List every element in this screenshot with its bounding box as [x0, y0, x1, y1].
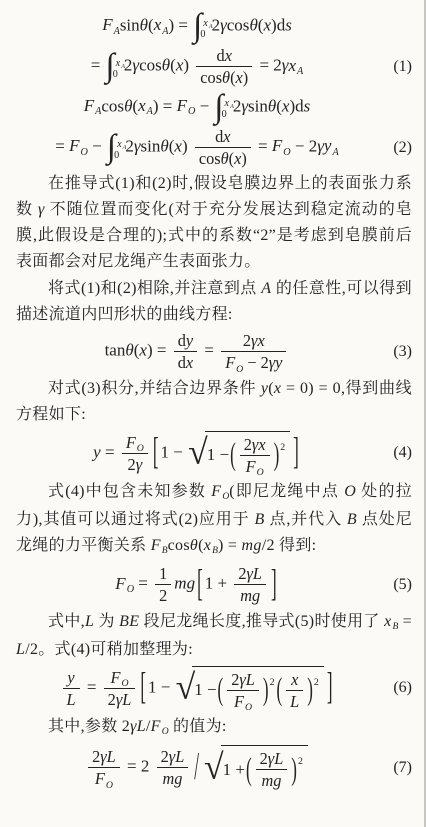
integral: ∫xA0: [106, 50, 122, 83]
equation-5-math: FO = 12mg[1 + 2γLmg]: [16, 564, 378, 605]
subscript: B: [212, 545, 218, 556]
fraction-numerator: 2γx: [221, 331, 286, 351]
big-delimiter: ]: [327, 665, 333, 710]
fraction-denominator: FO: [240, 455, 270, 476]
fraction-denominator: FO − 2γy: [221, 351, 286, 372]
equation-7-number: (7): [378, 759, 412, 777]
fraction-numerator: 2γL: [256, 749, 288, 769]
fraction: 2γLmg: [234, 564, 266, 605]
integral: ∫xA0: [107, 131, 123, 164]
subscript: B: [392, 621, 398, 632]
fraction-denominator: 2γ: [122, 453, 148, 474]
paper-page: FAsinθ(xA) = ∫xA02γcosθ(x)ds = ∫xA02γcos…: [0, 0, 426, 827]
big-delimiter: ): [291, 751, 297, 788]
fraction: FO2γL: [104, 668, 136, 709]
lower-limit: 0: [220, 109, 229, 120]
equation-7-math: 2γLFO = 2 2γLmg/√1 + (2γLmg)2: [16, 745, 378, 790]
radical-sign: √: [176, 672, 196, 702]
big-delimiter: (: [230, 437, 236, 474]
subscript: O: [257, 467, 264, 478]
equation-1-math-line-2: = ∫xA02γcosθ(x) dxcosθ(x) = 2γxA: [16, 46, 378, 87]
big-delimiter: ): [307, 672, 313, 709]
square-root: √1 − (2γxFO)2: [188, 431, 290, 476]
subscript: O: [137, 443, 144, 454]
equation-4-number: (4): [378, 444, 412, 462]
superscript: 2: [314, 677, 319, 688]
superscript: 2: [270, 677, 275, 688]
lower-limit: 0: [111, 69, 120, 80]
radical-sign: √: [204, 751, 224, 781]
fraction: 12: [155, 564, 171, 605]
paragraph-rope-length-note: 式中,L 为 BE 段尼龙绳长度,推导式(5)时使用了 xB = L/2。式(4…: [16, 609, 412, 663]
fraction-numerator: FO: [104, 668, 136, 688]
paragraph-parameter-value-intro: 其中,参数 2γL/FO 的值为:: [16, 714, 412, 742]
integral-limits: xA0: [222, 98, 231, 120]
superscript: 2: [298, 756, 303, 767]
fraction-denominator: FO: [88, 767, 120, 788]
fraction-numerator: 2γL: [234, 564, 266, 584]
upper-limit: xA: [116, 58, 125, 69]
fraction-denominator: cosθ(x): [195, 147, 251, 168]
big-delimiter: ): [263, 672, 269, 709]
equation-4-math: y = FO2γ[1 − √1 − (2γxFO)2]: [16, 431, 378, 476]
big-delimiter: (: [246, 751, 252, 788]
fraction-denominator: L: [63, 688, 80, 709]
subscript: O: [222, 491, 229, 502]
subscript: A: [123, 145, 127, 151]
integral: ∫xA0: [214, 91, 230, 124]
equation-6-math: yL = FO2γL[1 − √1 − (2γLFO)2(xL)2]: [16, 666, 378, 711]
paragraph-unknown-parameter-fo: 式(4)中包含未知参数 FO(即尼龙绳中点 O 处的拉力),其值可以通过将式(2…: [16, 479, 412, 561]
fraction: yL: [63, 668, 80, 709]
big-delimiter: ]: [271, 561, 277, 606]
fraction-numerator: FO: [122, 433, 148, 453]
subscript: O: [236, 364, 243, 375]
subscript: B: [162, 545, 168, 556]
fraction-denominator: L: [286, 690, 303, 711]
equation-5-number: (5): [378, 576, 412, 594]
subscript: A: [332, 147, 338, 158]
big-delimiter: [: [153, 430, 159, 475]
equation-4: y = FO2γ[1 − √1 − (2γxFO)2] (4): [16, 431, 412, 476]
equation-6: yL = FO2γL[1 − √1 − (2γLFO)2(xL)2] (6): [16, 666, 412, 711]
fraction-denominator: cosθ(x): [196, 66, 252, 87]
fraction-denominator: 2γL: [104, 688, 136, 709]
fraction: 2γLmg: [256, 749, 288, 790]
subscript: O: [81, 147, 88, 158]
subscript: O: [283, 147, 290, 158]
fraction-denominator: mg: [234, 584, 266, 605]
fraction: 2γxFO − 2γy: [221, 331, 286, 372]
fraction-numerator: dy: [174, 331, 197, 351]
fraction: 2γxFO: [240, 435, 270, 476]
upper-limit: xA: [203, 18, 212, 29]
equation-1-line-2: = ∫xA02γcosθ(x) dxcosθ(x) = 2γxA (1): [16, 46, 412, 87]
radical-sign: √: [188, 437, 208, 467]
upper-limit: xA: [117, 139, 126, 150]
subscript: A: [147, 106, 153, 117]
fraction-numerator: dx: [195, 127, 251, 147]
big-delimiter: (: [218, 672, 224, 709]
subscript: A: [209, 24, 213, 30]
radicand: 1 − (2γxFO)2: [205, 431, 290, 476]
big-slash: /: [194, 744, 199, 790]
paragraph-divide-eq1-eq2: 将式(1)和(2)相除,并注意到点 A 的任意性,可以得到描述流道内凹形状的曲线…: [16, 276, 412, 328]
fraction: dydx: [174, 331, 197, 372]
paragraph-surface-tension-assumption: 在推导式(1)和(2)时,假设皂膜边界上的表面张力系数 γ 不随位置而变化(对于…: [16, 171, 412, 275]
equation-1-line-1: FAsinθ(xA) = ∫xA02γcosθ(x)ds: [16, 10, 412, 43]
subscript: A: [162, 26, 168, 37]
integral-limits: xA0: [113, 58, 122, 80]
subscript: O: [127, 584, 134, 595]
big-delimiter: [: [140, 665, 146, 710]
fraction-numerator: 2γL: [157, 747, 189, 767]
big-delimiter: [: [197, 561, 203, 606]
equation-3-math: tanθ(x) = dydx = 2γxFO − 2γy: [16, 331, 378, 372]
fraction-denominator: FO: [227, 690, 259, 711]
equation-3: tanθ(x) = dydx = 2γxFO − 2γy (3): [16, 331, 412, 372]
fraction: FO2γ: [122, 433, 148, 474]
fraction: dxcosθ(x): [195, 127, 251, 168]
equation-6-number: (6): [378, 679, 412, 697]
fraction-numerator: 2γL: [88, 747, 120, 767]
equation-2-math-line-2: = FO − ∫xA02γsinθ(x) dxcosθ(x) = FO − 2γ…: [16, 127, 378, 168]
square-root: √1 + (2γLmg)2: [204, 745, 308, 790]
subscript: A: [297, 66, 303, 77]
subscript: A: [230, 104, 234, 110]
subscript: A: [121, 64, 125, 70]
superscript: 2: [280, 442, 285, 453]
equation-3-number: (3): [378, 343, 412, 361]
subscript: O: [106, 780, 113, 791]
fraction-denominator: mg: [256, 769, 288, 790]
fraction-denominator: dx: [174, 351, 197, 372]
equation-2-math-line-1: FAcosθ(xA) = FO − ∫xA02γsinθ(x)ds: [16, 91, 378, 124]
equation-7: 2γLFO = 2 2γLmg/√1 + (2γLmg)2 (7): [16, 745, 412, 790]
equation-2-number: (2): [378, 139, 412, 157]
integral-limits: xA0: [200, 18, 209, 40]
equation-1-math-line-1: FAsinθ(xA) = ∫xA02γcosθ(x)ds: [16, 10, 378, 43]
fraction: xL: [286, 670, 303, 711]
big-delimiter: ]: [293, 430, 299, 475]
integral: ∫xA0: [193, 10, 209, 43]
fraction-numerator: 2γx: [240, 435, 270, 455]
fraction-denominator: 2: [155, 584, 171, 605]
fraction-numerator: dx: [196, 46, 252, 66]
subscript: A: [95, 106, 101, 117]
subscript: O: [188, 106, 195, 117]
paragraph-integrate-eq3: 对式(3)积分,并结合边界条件 y(x = 0) = 0,得到曲线方程如下:: [16, 376, 412, 428]
fraction-numerator: y: [63, 668, 80, 688]
fraction-numerator: 2γL: [227, 670, 259, 690]
square-root: √1 − (2γLFO)2(xL)2: [176, 666, 324, 711]
fraction: 2γLFO: [88, 747, 120, 788]
fraction: 2γLFO: [227, 670, 259, 711]
equation-2-line-2: = FO − ∫xA02γsinθ(x) dxcosθ(x) = FO − 2γ…: [16, 127, 412, 168]
radicand: 1 − (2γLFO)2(xL)2: [192, 666, 324, 711]
lower-limit: 0: [198, 29, 207, 40]
subscript: O: [162, 726, 169, 737]
integral-limits: xA0: [114, 139, 123, 161]
subscript: O: [245, 702, 252, 713]
equation-2-line-1: FAcosθ(xA) = FO − ∫xA02γsinθ(x)ds: [16, 91, 412, 124]
lower-limit: 0: [112, 150, 121, 161]
upper-limit: xA: [225, 98, 234, 109]
fraction-denominator: mg: [157, 767, 189, 788]
fraction-numerator: x: [286, 670, 303, 690]
subscript: O: [121, 678, 128, 689]
big-delimiter: ): [274, 437, 280, 474]
radicand: 1 + (2γLmg)2: [221, 745, 308, 790]
equation-5: FO = 12mg[1 + 2γLmg] (5): [16, 564, 412, 605]
fraction: 2γLmg: [157, 747, 189, 788]
big-delimiter: (: [276, 672, 282, 709]
fraction-numerator: 1: [155, 564, 171, 584]
fraction: dxcosθ(x): [196, 46, 252, 87]
equation-1-number: (1): [378, 58, 412, 76]
subscript: A: [114, 26, 120, 37]
